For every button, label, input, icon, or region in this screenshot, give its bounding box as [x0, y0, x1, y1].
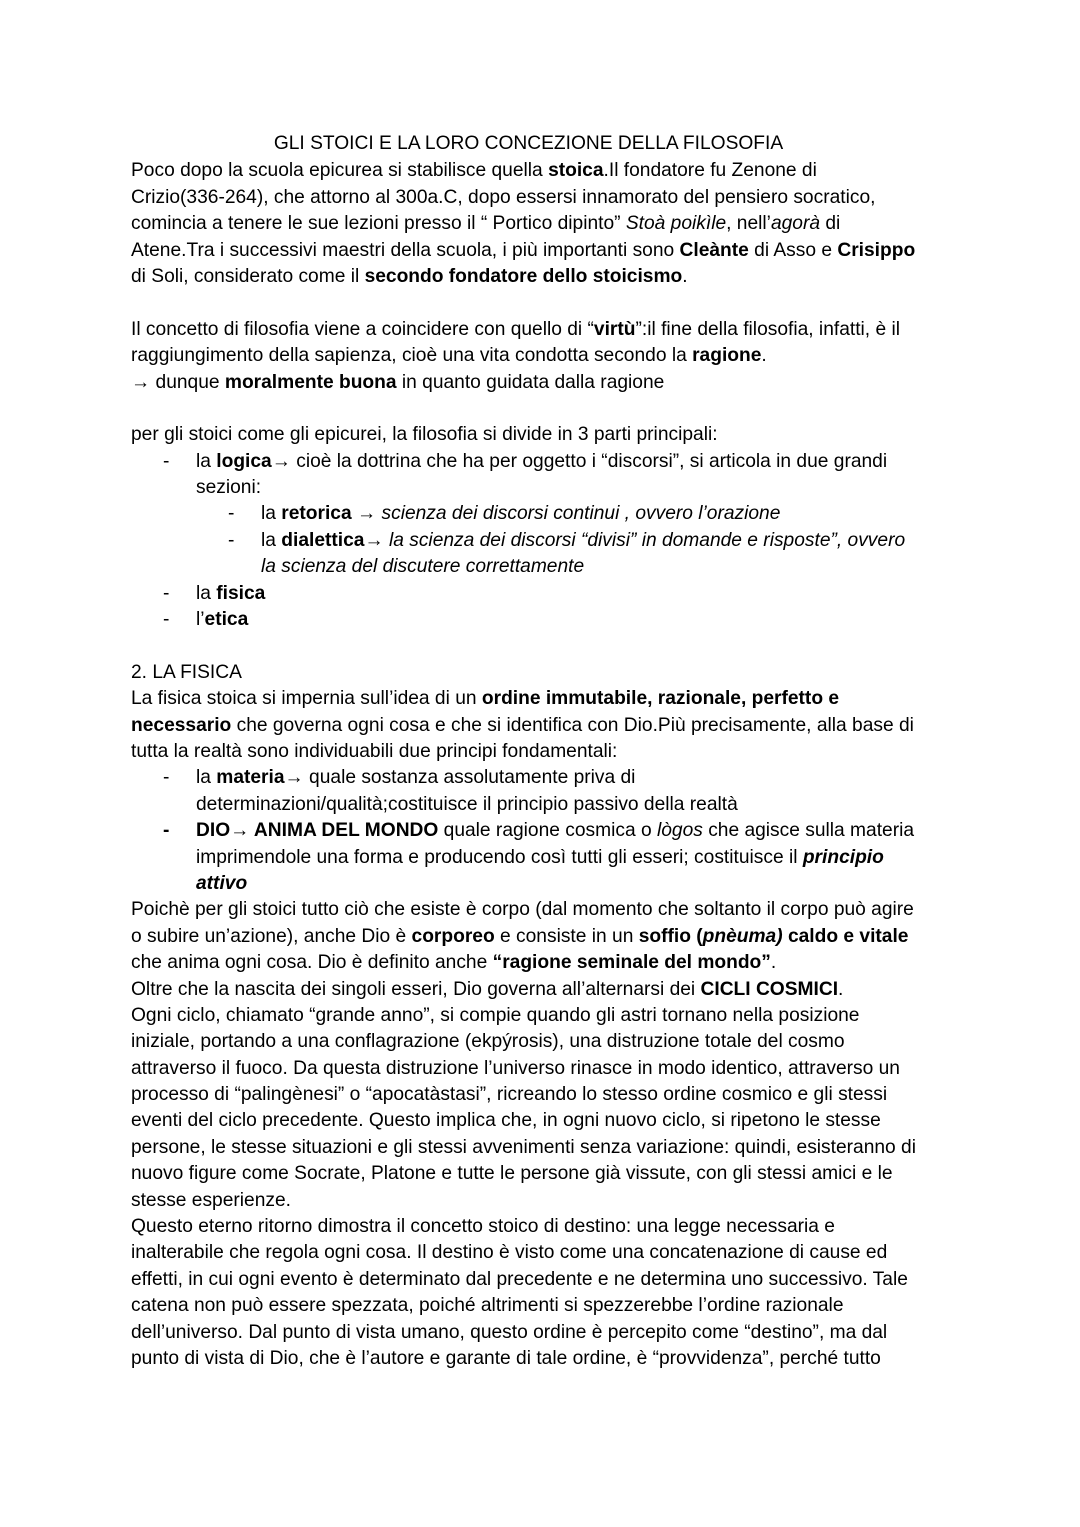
- text-run: di: [820, 213, 840, 234]
- text-run: attraverso il fuoco. Da questa distruzio…: [131, 1058, 900, 1079]
- text-line: iniziale, portando a una conflagrazione …: [131, 1029, 961, 1055]
- text-run: di Asso e: [749, 240, 838, 261]
- bold-text: caldo e vitale: [783, 926, 909, 947]
- list-item-continuation: la scienza del discutere correttamente: [131, 554, 961, 580]
- text-line: di Soli, considerato come il secondo fon…: [131, 264, 961, 290]
- bold-text: stoica: [548, 160, 603, 181]
- text-run: .: [771, 952, 776, 973]
- text-line: Poichè per gli stoici tutto ciò che esis…: [131, 897, 961, 923]
- text-run: dell’universo. Dal punto di vista umano,…: [131, 1322, 887, 1343]
- text-line: Il concetto di filosofia viene a coincid…: [131, 317, 961, 343]
- bold-text: CICLI COSMICI: [701, 979, 839, 1000]
- text-run: Poco dopo la scuola epicurea si stabilis…: [131, 160, 548, 181]
- text-run: che agisce sulla materia: [703, 820, 914, 841]
- bold-text: soffio (: [639, 926, 703, 947]
- text-line: processo di “palingènesi” o “apocatàstas…: [131, 1082, 961, 1108]
- list-item: -la fisica: [131, 581, 961, 607]
- text-line: effetti, in cui ogni evento è determinat…: [131, 1267, 961, 1293]
- text-run: imprimendole una forma e producendo così…: [196, 847, 803, 868]
- text-run: .: [761, 345, 766, 366]
- bullet-dash-icon: -: [228, 501, 234, 527]
- list-item: -la retorica → scienza dei discorsi cont…: [131, 501, 961, 527]
- text-run: la: [196, 583, 216, 604]
- text-run: la: [196, 451, 216, 472]
- text-line: 2. LA FISICA: [131, 660, 961, 686]
- bullet-dash-icon: -: [163, 607, 169, 633]
- text-line: Poco dopo la scuola epicurea si stabilis…: [131, 158, 961, 184]
- bold-text: DIO→ ANIMA DEL MONDO: [196, 820, 438, 841]
- text-run: tutta la realtà sono individuabili due p…: [131, 741, 617, 762]
- bullet-dash-icon: -: [163, 581, 169, 607]
- text-run: →: [364, 530, 389, 551]
- text-line: stesse esperienze.: [131, 1188, 961, 1214]
- text-run: la: [261, 503, 281, 524]
- list-item-continuation: determinazioni/qualità;costituisce il pr…: [131, 792, 961, 818]
- blank-line: [131, 290, 961, 316]
- text-run: o subire un’azione), anche Dio è: [131, 926, 412, 947]
- bold-text: etica: [205, 609, 249, 630]
- list-item: -la dialettica→ la scienza dei discorsi …: [131, 528, 961, 554]
- text-run: →: [352, 503, 382, 524]
- text-run: che governa ogni cosa e che si identific…: [231, 715, 914, 736]
- text-run: determinazioni/qualità;costituisce il pr…: [196, 794, 738, 815]
- text-line: o subire un’azione), anche Dio è corpore…: [131, 924, 961, 950]
- text-run: di Soli, considerato come il: [131, 266, 365, 287]
- text-run: Il concetto di filosofia viene a coincid…: [131, 319, 594, 340]
- bold-text: Crisippo: [837, 240, 915, 261]
- italic-text: la scienza dei discorsi “divisi” in doma…: [389, 530, 905, 551]
- text-run: Atene.Tra i successivi maestri della scu…: [131, 240, 680, 261]
- bullet-dash-icon: -: [228, 528, 234, 554]
- document-body: Poco dopo la scuola epicurea si stabilis…: [131, 158, 961, 1372]
- bold-italic-text: attivo: [196, 873, 247, 894]
- text-line: Questo eterno ritorno dimostra il concet…: [131, 1214, 961, 1240]
- text-line: persone, le stesse situazioni e gli stes…: [131, 1135, 961, 1161]
- bold-text: virtù: [594, 319, 636, 340]
- text-line: attraverso il fuoco. Da questa distruzio…: [131, 1056, 961, 1082]
- text-run: 2. LA FISICA: [131, 662, 242, 683]
- bold-italic-text: pnèuma): [703, 926, 783, 947]
- italic-text: lògos: [657, 820, 703, 841]
- text-line: dell’universo. Dal punto di vista umano,…: [131, 1320, 961, 1346]
- list-item-continuation: imprimendole una forma e producendo così…: [131, 845, 961, 871]
- text-run: eventi del ciclo precedente. Questo impl…: [131, 1110, 881, 1131]
- text-run: → cioè la dottrina che ha per oggetto i …: [272, 451, 887, 472]
- blank-line: [131, 396, 961, 422]
- italic-text: agorà: [771, 213, 820, 234]
- bold-text: secondo fondatore dello stoicismo: [365, 266, 683, 287]
- bold-text: ordine immutabile, razionale, perfetto e: [482, 688, 839, 709]
- italic-text: Stoà poikìle: [626, 213, 726, 234]
- text-run: l’: [196, 609, 205, 630]
- text-run: catena non può essere spezzata, poiché a…: [131, 1295, 844, 1316]
- text-run: → quale sostanza assolutamente priva di: [285, 767, 636, 788]
- text-line: → dunque moralmente buona in quanto guid…: [131, 370, 961, 396]
- text-line: inalterabile che regola ogni cosa. Il de…: [131, 1240, 961, 1266]
- text-run: quale ragione cosmica o: [438, 820, 657, 841]
- text-run: la: [196, 767, 216, 788]
- text-run: Questo eterno ritorno dimostra il concet…: [131, 1216, 835, 1237]
- text-run: in quanto guidata dalla ragione: [397, 372, 665, 393]
- bullet-dash-icon: -: [163, 449, 169, 475]
- text-line: eventi del ciclo precedente. Questo impl…: [131, 1108, 961, 1134]
- list-item: -l’etica: [131, 607, 961, 633]
- bold-text: Cleànte: [680, 240, 749, 261]
- bold-text: materia: [216, 767, 284, 788]
- bold-text: corporeo: [412, 926, 495, 947]
- bold-text: fisica: [216, 583, 265, 604]
- text-line: comincia a tenere le sue lezioni presso …: [131, 211, 961, 237]
- text-run: Ogni ciclo, chiamato “grande anno”, si c…: [131, 1005, 859, 1026]
- blank-line: [131, 633, 961, 659]
- text-run: che anima ogni cosa. Dio è definito anch…: [131, 952, 493, 973]
- bold-text: logica: [216, 451, 271, 472]
- text-line: necessario che governa ogni cosa e che s…: [131, 713, 961, 739]
- list-item-continuation: sezioni:: [131, 475, 961, 501]
- list-item: -la logica→ cioè la dottrina che ha per …: [131, 449, 961, 475]
- bullet-dash-icon: -: [163, 765, 169, 791]
- bold-text: moralmente buona: [225, 372, 397, 393]
- document-title: GLI STOICI E LA LORO CONCEZIONE DELLA FI…: [0, 132, 1080, 156]
- bold-italic-text: principio: [803, 847, 884, 868]
- bold-text: necessario: [131, 715, 231, 736]
- text-run: per gli stoici come gli epicurei, la fil…: [131, 424, 718, 445]
- text-line: Crizio(336-264), che attorno al 300a.C, …: [131, 185, 961, 211]
- text-run: sezioni:: [196, 477, 261, 498]
- bullet-dash-icon: -: [163, 818, 169, 844]
- text-run: nuovo figure come Socrate, Platone e tut…: [131, 1163, 893, 1184]
- text-run: .: [682, 266, 687, 287]
- text-run: inalterabile che regola ogni cosa. Il de…: [131, 1242, 887, 1263]
- text-run: → dunque: [131, 372, 225, 393]
- bold-text: dialettica: [281, 530, 364, 551]
- text-line: Atene.Tra i successivi maestri della scu…: [131, 238, 961, 264]
- bold-text: “ragione seminale del mondo”: [493, 952, 771, 973]
- text-run: ”:il fine della filosofia, infatti, è il: [636, 319, 900, 340]
- text-run: Oltre che la nascita dei singoli esseri,…: [131, 979, 701, 1000]
- bold-text: ragione: [692, 345, 761, 366]
- text-line: nuovo figure come Socrate, Platone e tut…: [131, 1161, 961, 1187]
- text-run: la: [261, 530, 281, 551]
- list-item: -la materia→ quale sostanza assolutament…: [131, 765, 961, 791]
- bold-text: retorica: [281, 503, 351, 524]
- text-run: .Il fondatore fu Zenone di: [604, 160, 817, 181]
- text-run: comincia a tenere le sue lezioni presso …: [131, 213, 626, 234]
- text-run: La fisica stoica si impernia sull’idea d…: [131, 688, 482, 709]
- text-line: catena non può essere spezzata, poiché a…: [131, 1293, 961, 1319]
- list-item-continuation: attivo: [131, 871, 961, 897]
- document-page: GLI STOICI E LA LORO CONCEZIONE DELLA FI…: [131, 132, 961, 1372]
- italic-text: la scienza del discutere correttamente: [261, 556, 584, 577]
- text-run: persone, le stesse situazioni e gli stes…: [131, 1137, 916, 1158]
- list-item: -DIO→ ANIMA DEL MONDO quale ragione cosm…: [131, 818, 961, 844]
- text-line: raggiungimento della sapienza, cioè una …: [131, 343, 961, 369]
- text-line: punto di vista di Dio, che è l’autore e …: [131, 1346, 961, 1372]
- text-run: e consiste in un: [495, 926, 639, 947]
- text-line: per gli stoici come gli epicurei, la fil…: [131, 422, 961, 448]
- text-run: iniziale, portando a una conflagrazione …: [131, 1031, 845, 1052]
- text-line: La fisica stoica si impernia sull’idea d…: [131, 686, 961, 712]
- text-run: .: [838, 979, 843, 1000]
- text-run: raggiungimento della sapienza, cioè una …: [131, 345, 692, 366]
- text-line: tutta la realtà sono individuabili due p…: [131, 739, 961, 765]
- text-run: Crizio(336-264), che attorno al 300a.C, …: [131, 187, 875, 208]
- text-run: processo di “palingènesi” o “apocatàstas…: [131, 1084, 887, 1105]
- text-run: stesse esperienze.: [131, 1190, 291, 1211]
- italic-text: scienza dei discorsi continui , ovvero l…: [382, 503, 781, 524]
- text-line: Oltre che la nascita dei singoli esseri,…: [131, 977, 961, 1003]
- text-run: punto di vista di Dio, che è l’autore e …: [131, 1348, 881, 1369]
- text-line: che anima ogni cosa. Dio è definito anch…: [131, 950, 961, 976]
- text-line: Ogni ciclo, chiamato “grande anno”, si c…: [131, 1003, 961, 1029]
- text-run: Poichè per gli stoici tutto ciò che esis…: [131, 899, 914, 920]
- text-run: effetti, in cui ogni evento è determinat…: [131, 1269, 908, 1290]
- text-run: , nell’: [726, 213, 771, 234]
